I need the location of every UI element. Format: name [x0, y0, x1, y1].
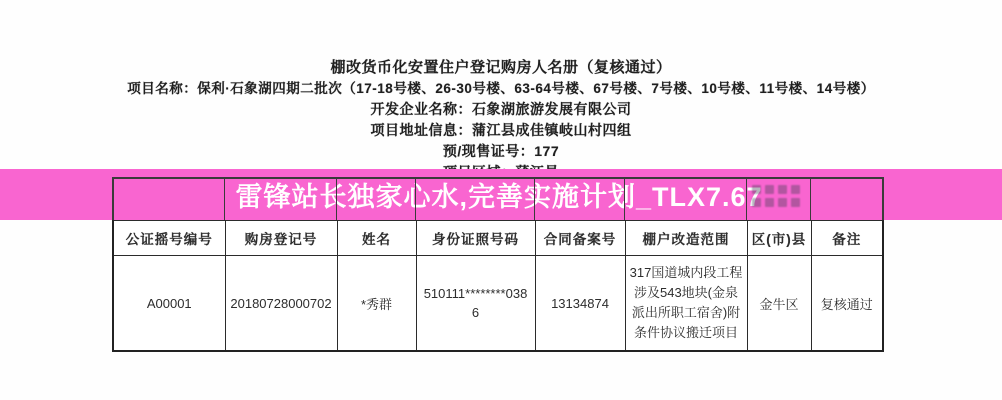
table-top-border-overlay: [112, 177, 884, 179]
cell-district: 金牛区: [747, 256, 811, 352]
header-id-number: 身份证照号码: [416, 221, 535, 256]
cell-reno-scope: 317国道城内段工程涉及543地块(金泉派出所职工宿舍)附条件协议搬迁项目: [625, 256, 747, 352]
address-line: 项目地址信息：蒲江县成佳镇岐山村四组: [0, 123, 1002, 138]
header-contract-no: 合同备案号: [535, 221, 625, 256]
header-district: 区(市)县: [747, 221, 811, 256]
project-name-line: 项目名称：保利·石象湖四期二批次（17-18号楼、26-30号楼、63-64号楼…: [0, 81, 1002, 96]
grid-line-overlay: [415, 177, 416, 220]
grid-line-overlay: [112, 177, 114, 220]
spam-banner-text: 雷锋站长独家心水,完善实施计划_TLX7.67: [235, 175, 762, 214]
cell-name: *秀群: [337, 256, 416, 352]
grid-line-overlay: [336, 177, 337, 220]
smudge-marks: [752, 185, 810, 215]
grid-line-overlay: [624, 177, 625, 220]
header-remark: 备注: [811, 221, 883, 256]
header-notary-number: 公证摇号编号: [113, 221, 225, 256]
document-header: 棚改货币化安置住户登记购房人名册（复核通过） 项目名称：保利·石象湖四期二批次（…: [0, 60, 1002, 186]
grid-line-overlay: [224, 177, 225, 220]
grid-line-overlay: [810, 177, 811, 220]
cell-id-number: 510111********0386: [416, 256, 535, 352]
grid-line-overlay: [746, 177, 747, 220]
header-name: 姓名: [337, 221, 416, 256]
cell-remark: 复核通过: [811, 256, 883, 352]
cell-contract-no: 13134874: [535, 256, 625, 352]
document-title: 棚改货币化安置住户登记购房人名册（复核通过）: [0, 60, 1002, 75]
table-header-row: 公证摇号编号 购房登记号 姓名 身份证照号码 合同备案号 棚户改造范围 区(市)…: [113, 221, 883, 256]
grid-line-overlay: [534, 177, 535, 220]
table-row: A00001 20180728000702 *秀群 510111********…: [113, 256, 883, 352]
cell-purchase-reg-no: 20180728000702: [225, 256, 337, 352]
header-purchase-reg-no: 购房登记号: [225, 221, 337, 256]
page: 棚改货币化安置住户登记购房人名册（复核通过） 项目名称：保利·石象湖四期二批次（…: [0, 0, 1002, 400]
license-line: 预/现售证号：177: [0, 144, 1002, 159]
developer-line: 开发企业名称：石象湖旅游发展有限公司: [0, 102, 1002, 117]
grid-line-overlay: [882, 177, 884, 220]
cell-notary-number: A00001: [113, 256, 225, 352]
header-reno-scope: 棚户改造范围: [625, 221, 747, 256]
